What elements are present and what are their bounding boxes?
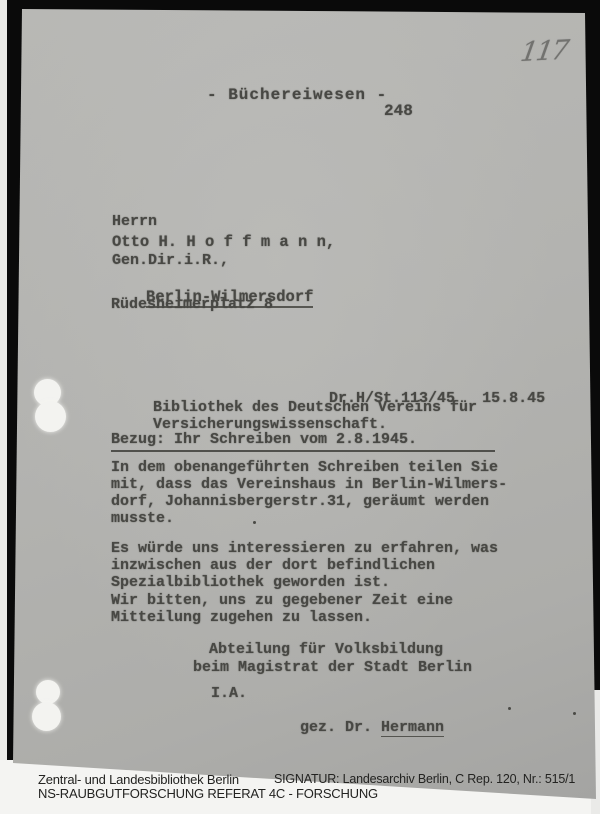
signature-line: gez. Dr. Hermann bbox=[264, 702, 444, 753]
subject-bezug-line: Bezug: Ihr Schreiben vom 2.8.1945. bbox=[111, 431, 495, 452]
recipient-salutation: Herrn bbox=[112, 213, 157, 230]
letter-date: 15.8.45 bbox=[482, 390, 545, 407]
subject-line-1: Bibliothek des Deutschen Vereins für bbox=[153, 399, 477, 416]
footer-signature-reference: SIGNATUR: Landesarchiv Berlin, C Rep. 12… bbox=[274, 772, 575, 786]
paper-speck bbox=[573, 712, 576, 715]
body-paragraph-1-line-2: mit, dass das Vereinshaus in Berlin-Wilm… bbox=[111, 476, 507, 493]
punch-hole-sticker bbox=[32, 702, 61, 731]
scanner-edge-left bbox=[0, 0, 7, 814]
recipient-street: Rüdesheimerplatz 8 bbox=[111, 296, 273, 313]
recipient-name: Otto H. H o f f m a n n, bbox=[112, 234, 335, 251]
body-paragraph-2-line-1: Es würde uns interessieren zu erfahren, … bbox=[111, 540, 498, 557]
closing-ia: I.A. bbox=[211, 685, 247, 702]
footer-research-department: NS-RAUBGUTFORSCHUNG REFERAT 4C - FORSCHU… bbox=[38, 786, 378, 801]
closing-org-line-2: beim Magistrat der Stadt Berlin bbox=[193, 659, 472, 676]
scanned-letter-page: 117 - Büchereiwesen - 248 Herrn Otto H. … bbox=[0, 0, 600, 814]
body-paragraph-2-line-2: inzwischen aus der dort befindlichen bbox=[111, 557, 435, 574]
signature-prefix: gez. Dr. bbox=[300, 719, 381, 736]
punch-hole-sticker bbox=[35, 401, 66, 432]
body-paragraph-2-line-3: Spezialbibliothek geworden ist. bbox=[111, 574, 390, 591]
document-category-heading: - Büchereiwesen - bbox=[207, 87, 387, 104]
body-paragraph-3-line-2: Mitteilung zugehen zu lassen. bbox=[111, 609, 372, 626]
signature-name: Hermann bbox=[381, 719, 444, 737]
paper-speck bbox=[253, 521, 256, 524]
body-paragraph-1-line-1: In dem obenangeführten Schreiben teilen … bbox=[111, 459, 498, 476]
body-paragraph-1-line-3: dorf, Johannisbergerstr.31, geräumt werd… bbox=[111, 493, 489, 510]
handwritten-folio-number: 117 bbox=[518, 35, 569, 68]
punch-hole-sticker bbox=[36, 680, 60, 704]
recipient-title: Gen.Dir.i.R., bbox=[112, 252, 229, 269]
closing-org-line-1: Abteilung für Volksbildung bbox=[209, 641, 443, 658]
page-number: 248 bbox=[384, 103, 413, 120]
paper-speck bbox=[508, 707, 511, 710]
body-paragraph-3-line-1: Wir bitten, uns zu gegebener Zeit eine bbox=[111, 592, 453, 609]
body-paragraph-1-line-4: musste. bbox=[111, 510, 174, 527]
footer-library-name: Zentral- und Landesbibliothek Berlin bbox=[38, 772, 239, 787]
